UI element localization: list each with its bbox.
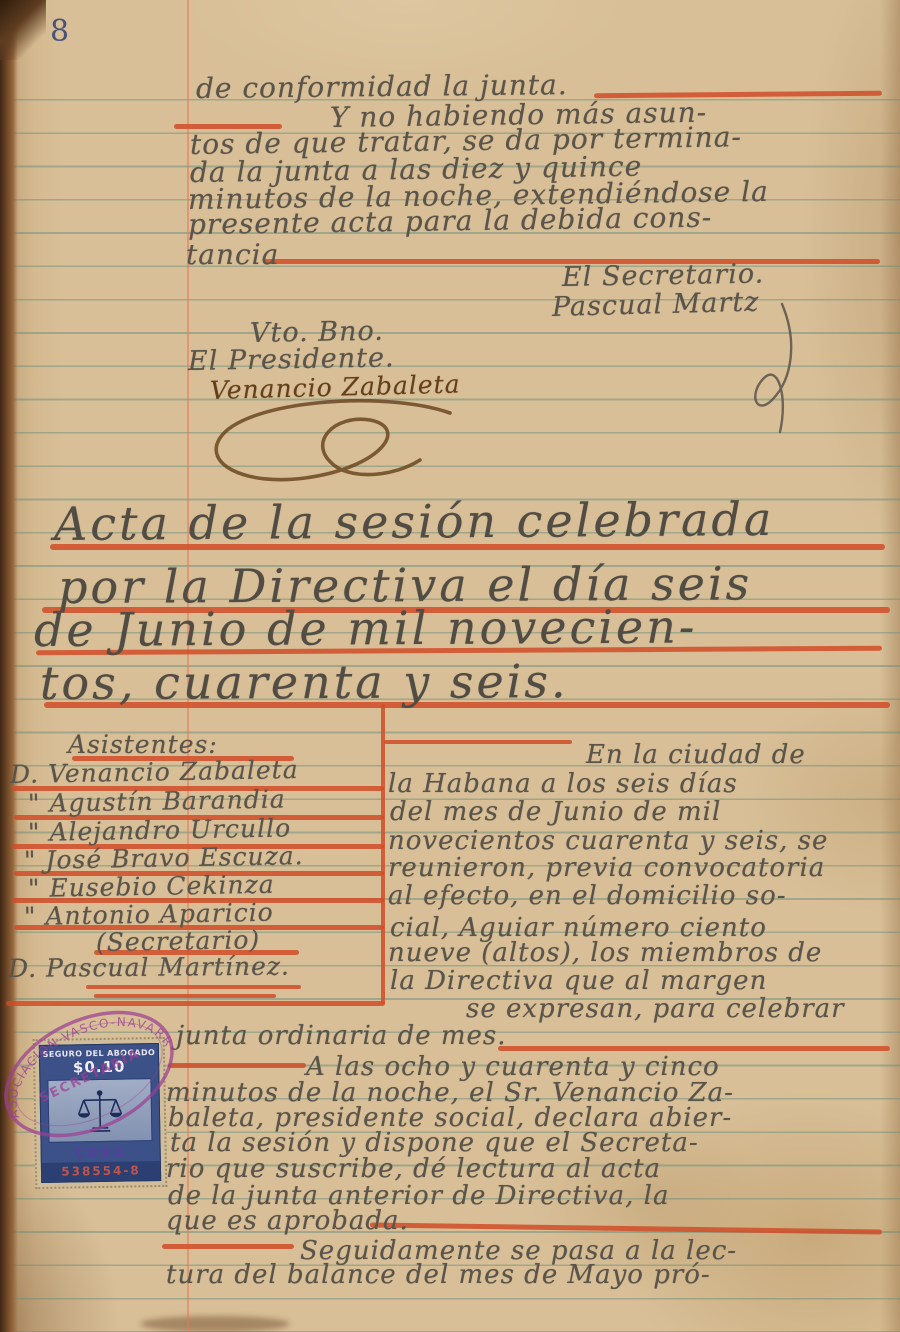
red-underline [498,1046,890,1051]
acta-ledger-page: 8 de conformidad la junta. Y no habiendo… [0,0,900,1332]
attendee-name: D. Pascual Martínez. [8,952,290,983]
body-line: la Habana a los seis días [388,769,738,799]
body-line: tura del balance del mes de Mayo pró- [166,1260,711,1290]
page-number: 8 [50,14,69,49]
body-line: reunieron, previa convocatoria [388,853,825,883]
handwriting-line: tancia [186,238,279,271]
acta-title-line: tos, cuarenta y seis. [40,654,569,710]
president-signature-rubric [185,398,465,493]
oval-stamp-center-text: SECRETARÍA [37,1045,143,1106]
red-underline [86,985,301,989]
red-filler-line [384,740,572,744]
body-line: se expresan, para celebrar [466,994,845,1024]
body-line: junta ordinaria de mes. [176,1021,507,1051]
body-line: novecientos cuarenta y seis, se [388,826,828,856]
red-underline [6,1001,385,1006]
stamp-serial-number: 538554-8 [42,1161,160,1182]
body-line: En la ciudad de [586,740,806,770]
body-line: la Directiva que al margen [390,966,767,996]
body-line: rio que suscribe, dé lectura al acta [166,1154,661,1184]
body-line: al efecto, en el domicilio so- [388,881,787,911]
bottom-edge-smudge [140,1316,290,1332]
page-stack-corner [0,0,46,60]
attendee-name: " Agustín Barandia [28,785,286,818]
body-line: nueve (altos), los miembros de [388,938,822,968]
body-line: que es aprobada. [166,1206,409,1236]
attendee-name: D. Venancio Zabaleta [10,755,299,789]
acta-title-line: Acta de la sesión celebrada [54,492,775,551]
secretary-signature-flourish [742,300,802,440]
body-line: del mes de Junio de mil [390,797,721,827]
attendees-heading: Asistentes: [68,730,218,759]
red-margin-divider [381,704,385,1004]
secretary-signature: Pascual Martz [552,287,760,323]
red-filler-line [162,1244,294,1249]
acta-title-line: de Junio de mil novecien- [34,600,698,657]
